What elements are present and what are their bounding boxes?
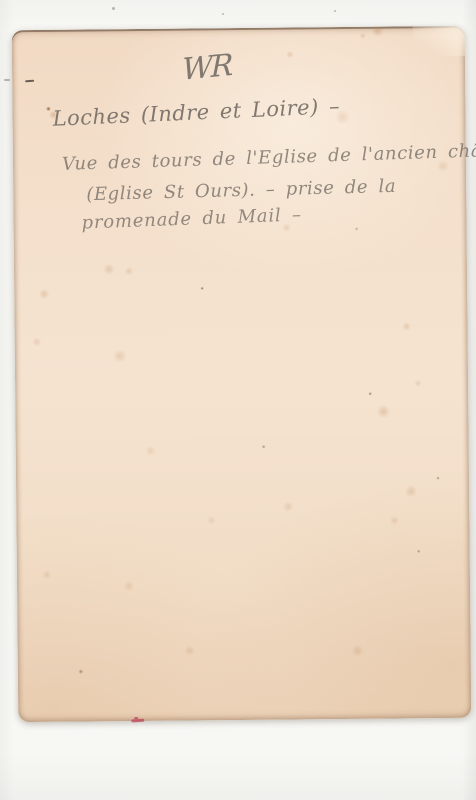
handwriting-block: WR Loches (Indre et Loire) – Vue des tou… — [12, 26, 472, 722]
caption-line-title: Loches (Indre et Loire) – — [52, 94, 340, 131]
caption-line-view-description: Vue des tours de l'Eglise de l'ancien ch… — [62, 139, 476, 175]
caption-line-promenade: promenade du Mail – — [81, 204, 302, 233]
photo-card-verso: WR Loches (Indre et Loire) – Vue des tou… — [12, 26, 472, 722]
monogram-initials: WR — [182, 48, 231, 88]
dust-speck — [222, 13, 224, 15]
dust-speck — [4, 79, 10, 81]
scanner-background: WR Loches (Indre et Loire) – Vue des tou… — [0, 0, 476, 800]
caption-line-church-name: (Eglise St Ours). – prise de la — [86, 176, 396, 205]
dust-speck — [334, 10, 336, 12]
dust-speck — [112, 7, 115, 10]
